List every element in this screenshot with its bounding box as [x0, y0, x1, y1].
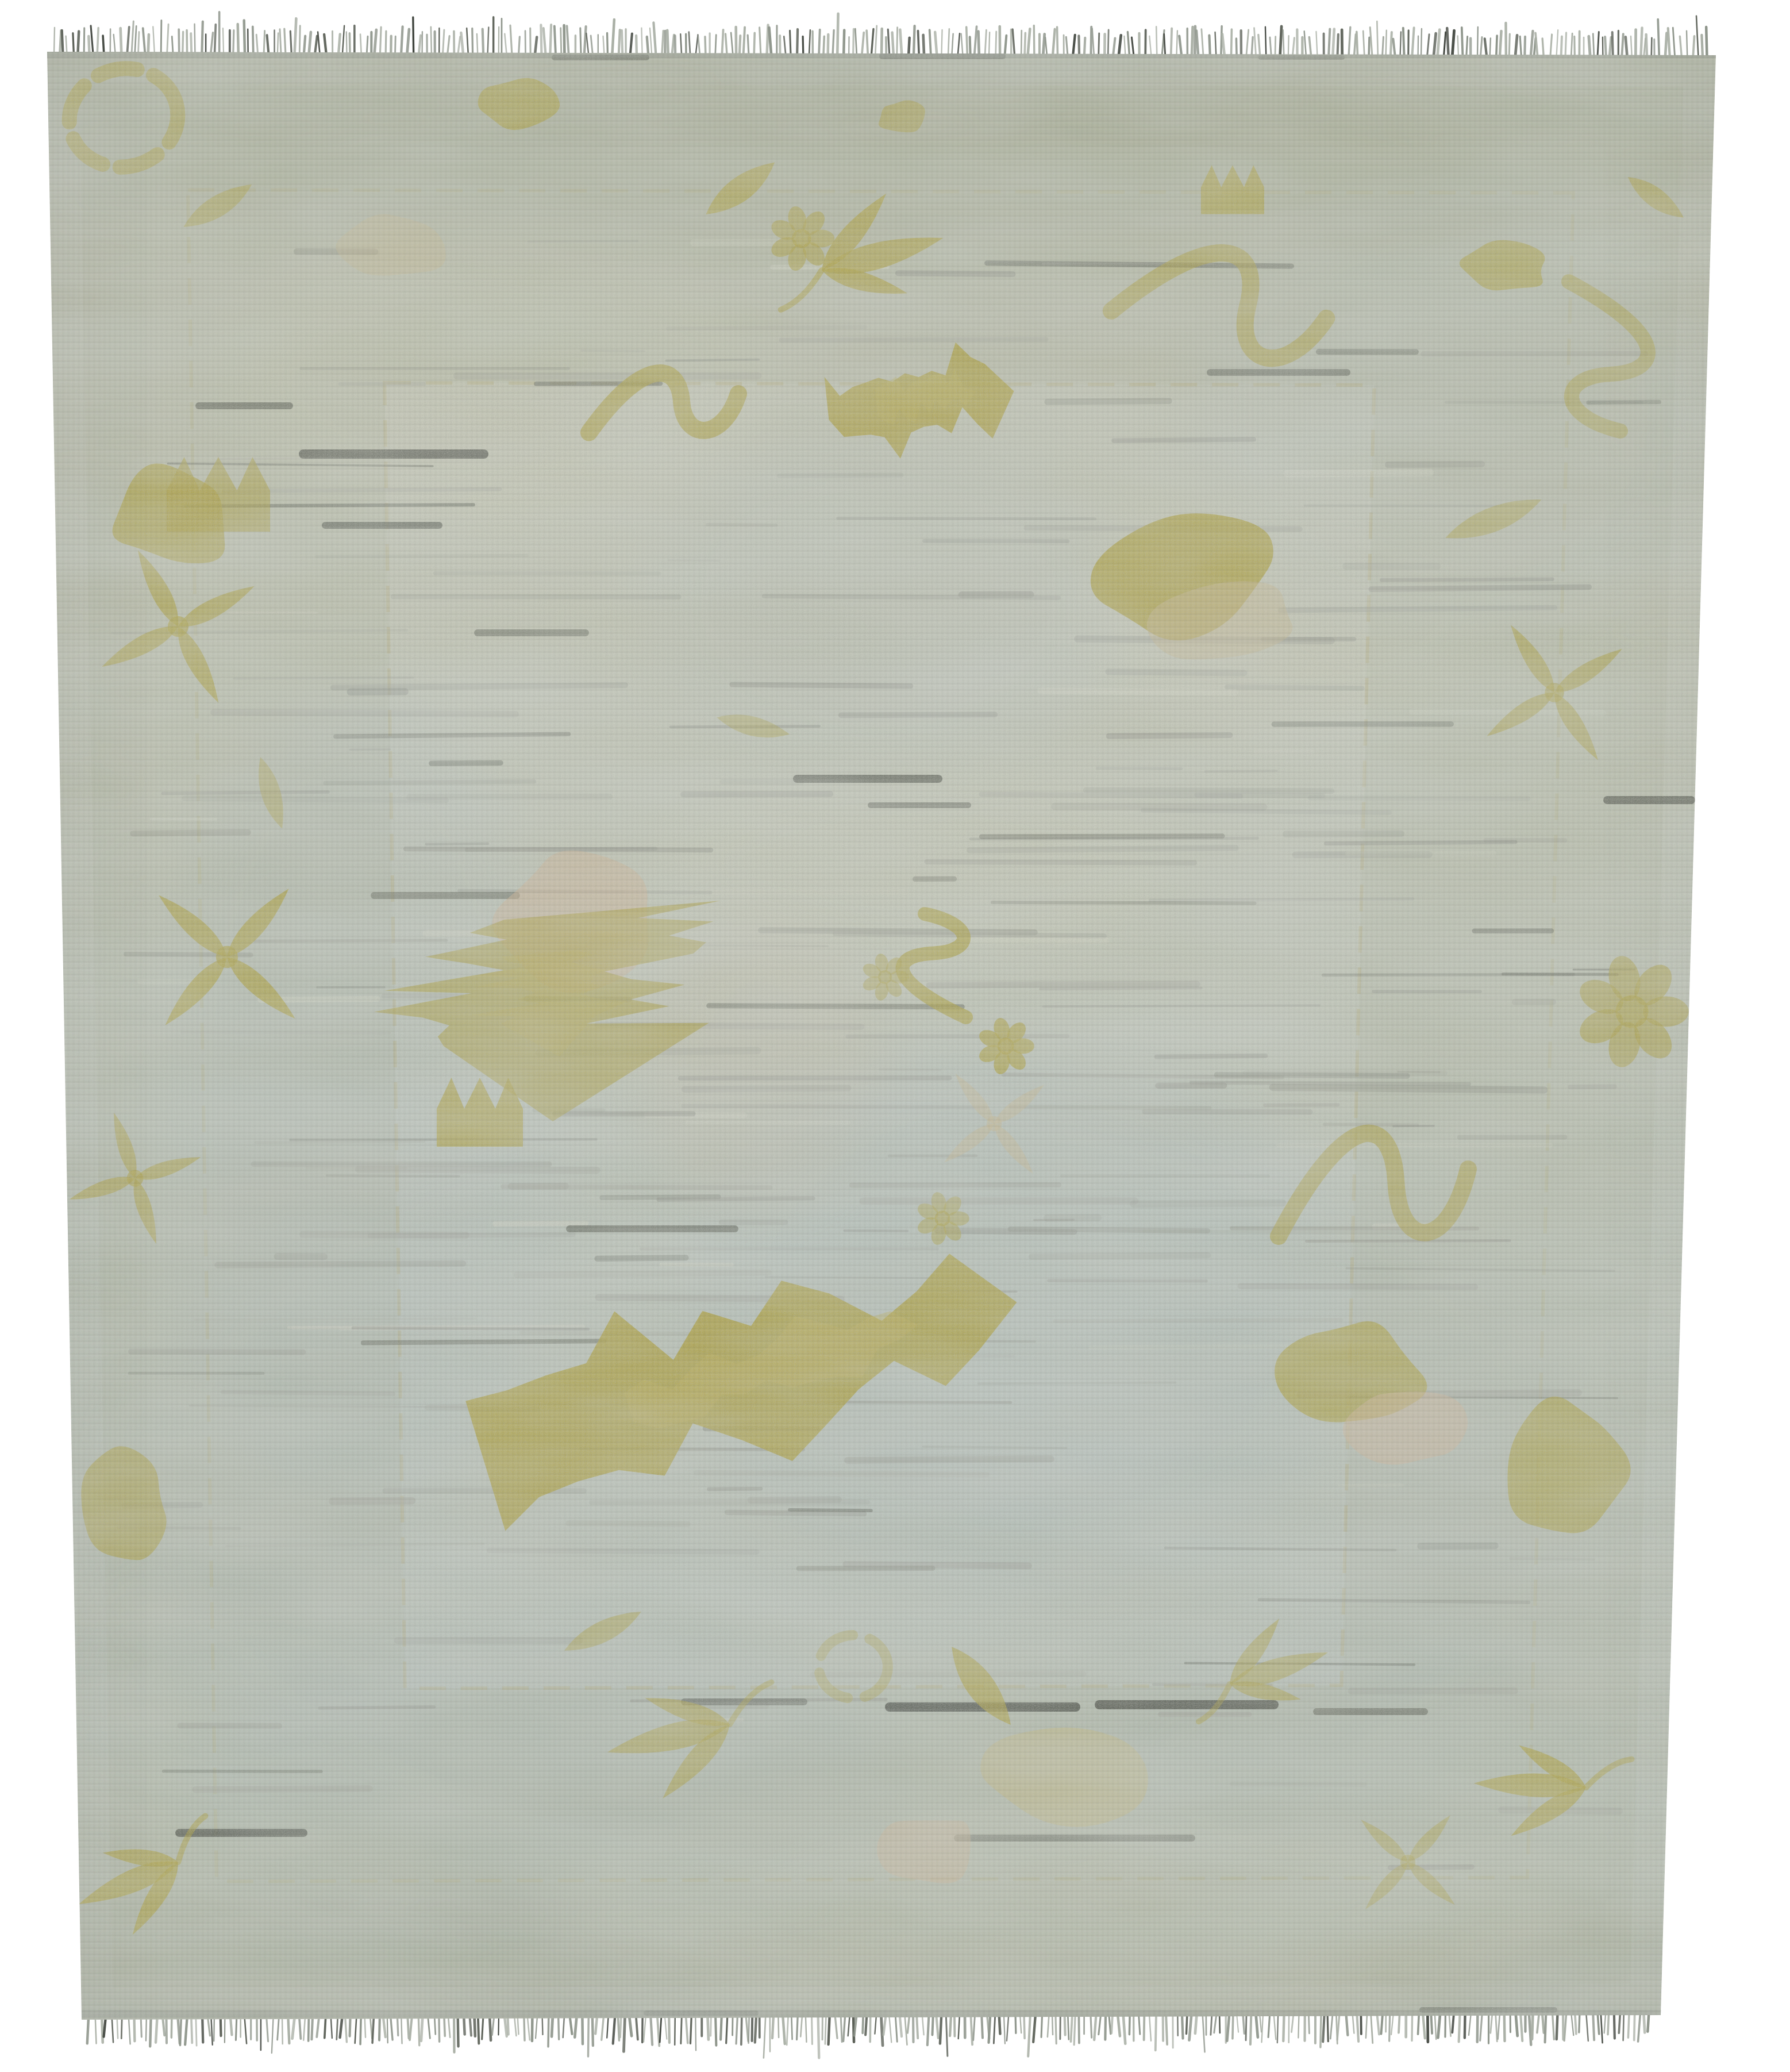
rug-product-photo — [0, 0, 1790, 2072]
rug-image — [0, 0, 1790, 2072]
rug-body — [0, 0, 1790, 2072]
rug-pile-texture — [0, 0, 1790, 2072]
